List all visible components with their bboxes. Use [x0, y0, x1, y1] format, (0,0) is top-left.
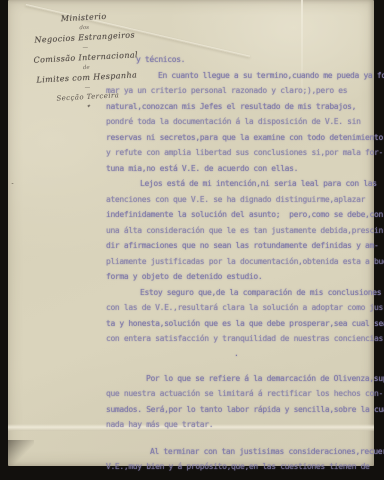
typed-line: una álta consideración que le es tan jus…: [106, 223, 378, 239]
typed-line: Al terminar con tan justisimas considera…: [106, 444, 378, 460]
paragraph-1: En cuanto llegue a su termino,cuando me …: [106, 68, 378, 177]
typed-line: En cuanto llegue a su termino,cuando me …: [106, 68, 378, 84]
paragraph-4: Por lo que se refiere á la demarcación d…: [106, 371, 378, 433]
typed-line: reservas ni secretos,para que la examine…: [106, 130, 378, 146]
typed-line: mar ya un criterio personal razonado y c…: [106, 83, 378, 99]
typed-line: con las de V.E.,resultará clara la soluc…: [106, 300, 378, 316]
paragraph-5: Al terminar con tan justisimas considera…: [106, 444, 378, 475]
typed-line: y refute con amplia libertad sus conclus…: [106, 145, 378, 161]
paragraph-0: y técnicos.: [106, 52, 378, 68]
typed-line: con entera satisfacción y tranquilidad d…: [106, 331, 378, 347]
separator-dot: .: [106, 347, 378, 360]
typed-line: dir afirmaciones que no sean las rotunda…: [106, 238, 378, 254]
typed-line: natural,conozcan mis Jefes el resultado …: [106, 99, 378, 115]
typed-line: que nuestra actuación se limitará á rect…: [106, 386, 378, 402]
typed-line: ta y honesta,solución que es la que debe…: [106, 316, 378, 332]
typed-line: V.E.,muy bien y á propósito,que,en las c…: [106, 459, 378, 475]
typed-letter-body: y técnicos.En cuanto llegue a su termino…: [106, 52, 378, 475]
typed-line: sumados. Será,por lo tanto labor rápida …: [106, 402, 378, 418]
typed-line: tuna mia,no está V.E. de acuerdo con ell…: [106, 161, 378, 177]
typed-line: Estoy seguro que,de la comparación de mi…: [106, 285, 378, 301]
typed-line: Por lo que se refiere á la demarcación d…: [106, 371, 378, 387]
typed-line: nada hay más que tratar.: [106, 417, 378, 433]
typed-line: indefinidamente la solución del asunto; …: [106, 207, 378, 223]
margin-speck: ʼ: [6, 182, 14, 186]
typed-line: y técnicos.: [106, 52, 378, 68]
corner-shadow: [8, 440, 34, 466]
typed-line: pondré toda la documentación á la dispos…: [106, 114, 378, 130]
paragraph-2: Lejos está de mi intención,ni seria leal…: [106, 176, 378, 285]
typed-line: atenciones con que V.E. se ha dignado di…: [106, 192, 378, 208]
paragraph-3: Estoy seguro que,de la comparación de mi…: [106, 285, 378, 347]
paper-sheet: MinisteriodosNegocios Estrangeiros—Comis…: [8, 0, 374, 466]
typed-line: Lejos está de mi intención,ni seria leal…: [106, 176, 378, 192]
typed-line: forma y objeto de detenido estudio.: [106, 269, 378, 285]
typed-line: pliamente justificadas por la documentac…: [106, 254, 378, 270]
scan-background: MinisteriodosNegocios Estrangeiros—Comis…: [0, 0, 384, 480]
